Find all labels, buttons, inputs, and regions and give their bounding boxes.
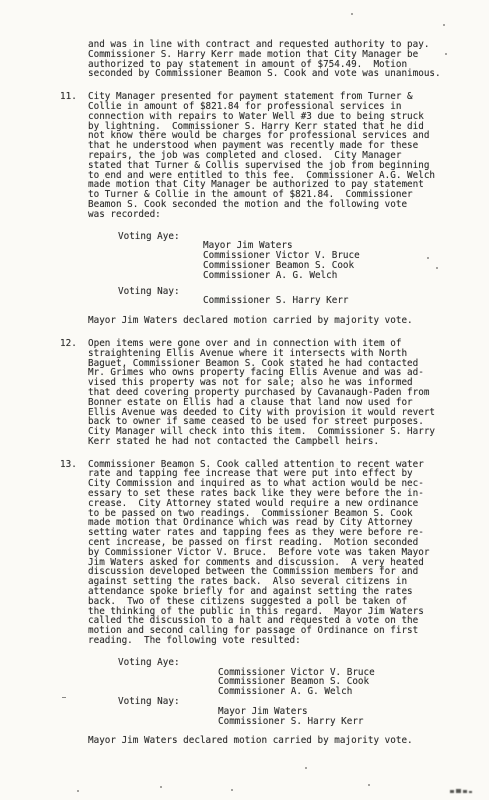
scan-speck — [443, 24, 445, 26]
vote-record: Voting Aye: Mayor Jim Waters Commissione… — [88, 232, 465, 307]
scan-speck — [77, 790, 79, 792]
motion-result: Mayor Jim Waters declared motion carried… — [88, 316, 465, 326]
continuation-paragraph: and was in line with contract and reques… — [88, 40, 465, 79]
voting-aye-names: Mayor Jim Waters Commissioner Victor V. … — [203, 241, 465, 280]
scan-speck — [160, 786, 162, 788]
scan-speck — [62, 697, 66, 698]
page-content: and was in line with contract and reques… — [60, 40, 465, 746]
item-number: 11. — [60, 92, 88, 326]
scan-speck — [305, 767, 307, 769]
scan-speck — [445, 53, 447, 55]
item-number: 13. — [60, 460, 88, 747]
voting-nay-names: Mayor Jim Waters Commissioner S. Harry K… — [218, 707, 465, 727]
scan-speck — [351, 13, 353, 15]
item-number: 12. — [60, 339, 88, 447]
scan-speck — [436, 267, 438, 269]
scan-speck — [427, 257, 429, 259]
scan-speck — [368, 784, 370, 786]
item-text: Open items were gone over and in connect… — [88, 339, 465, 447]
item-body: Open items were gone over and in connect… — [88, 339, 465, 447]
agenda-item-13: 13. Commissioner Beamon S. Cook called a… — [60, 460, 465, 747]
item-text: Commissioner Beamon S. Cook called atten… — [88, 460, 465, 646]
vote-record: Voting Aye: Commissioner Victor V. Bruce… — [88, 658, 465, 727]
corner-smudge-artifact — [449, 788, 475, 796]
voting-aye-names: Commissioner Victor V. Bruce Commissione… — [218, 668, 465, 697]
item-text: City Manager presented for payment state… — [88, 92, 465, 219]
item-body: City Manager presented for payment state… — [88, 92, 465, 326]
agenda-item-11: 11. City Manager presented for payment s… — [60, 92, 465, 326]
scan-speck — [231, 789, 233, 791]
agenda-item-12: 12. Open items were gone over and in con… — [60, 339, 465, 447]
scanned-minutes-page: and was in line with contract and reques… — [0, 0, 489, 800]
voting-nay-names: Commissioner S. Harry Kerr — [203, 296, 465, 306]
motion-result: Mayor Jim Waters declared motion carried… — [88, 736, 465, 746]
item-body: Commissioner Beamon S. Cook called atten… — [88, 460, 465, 747]
